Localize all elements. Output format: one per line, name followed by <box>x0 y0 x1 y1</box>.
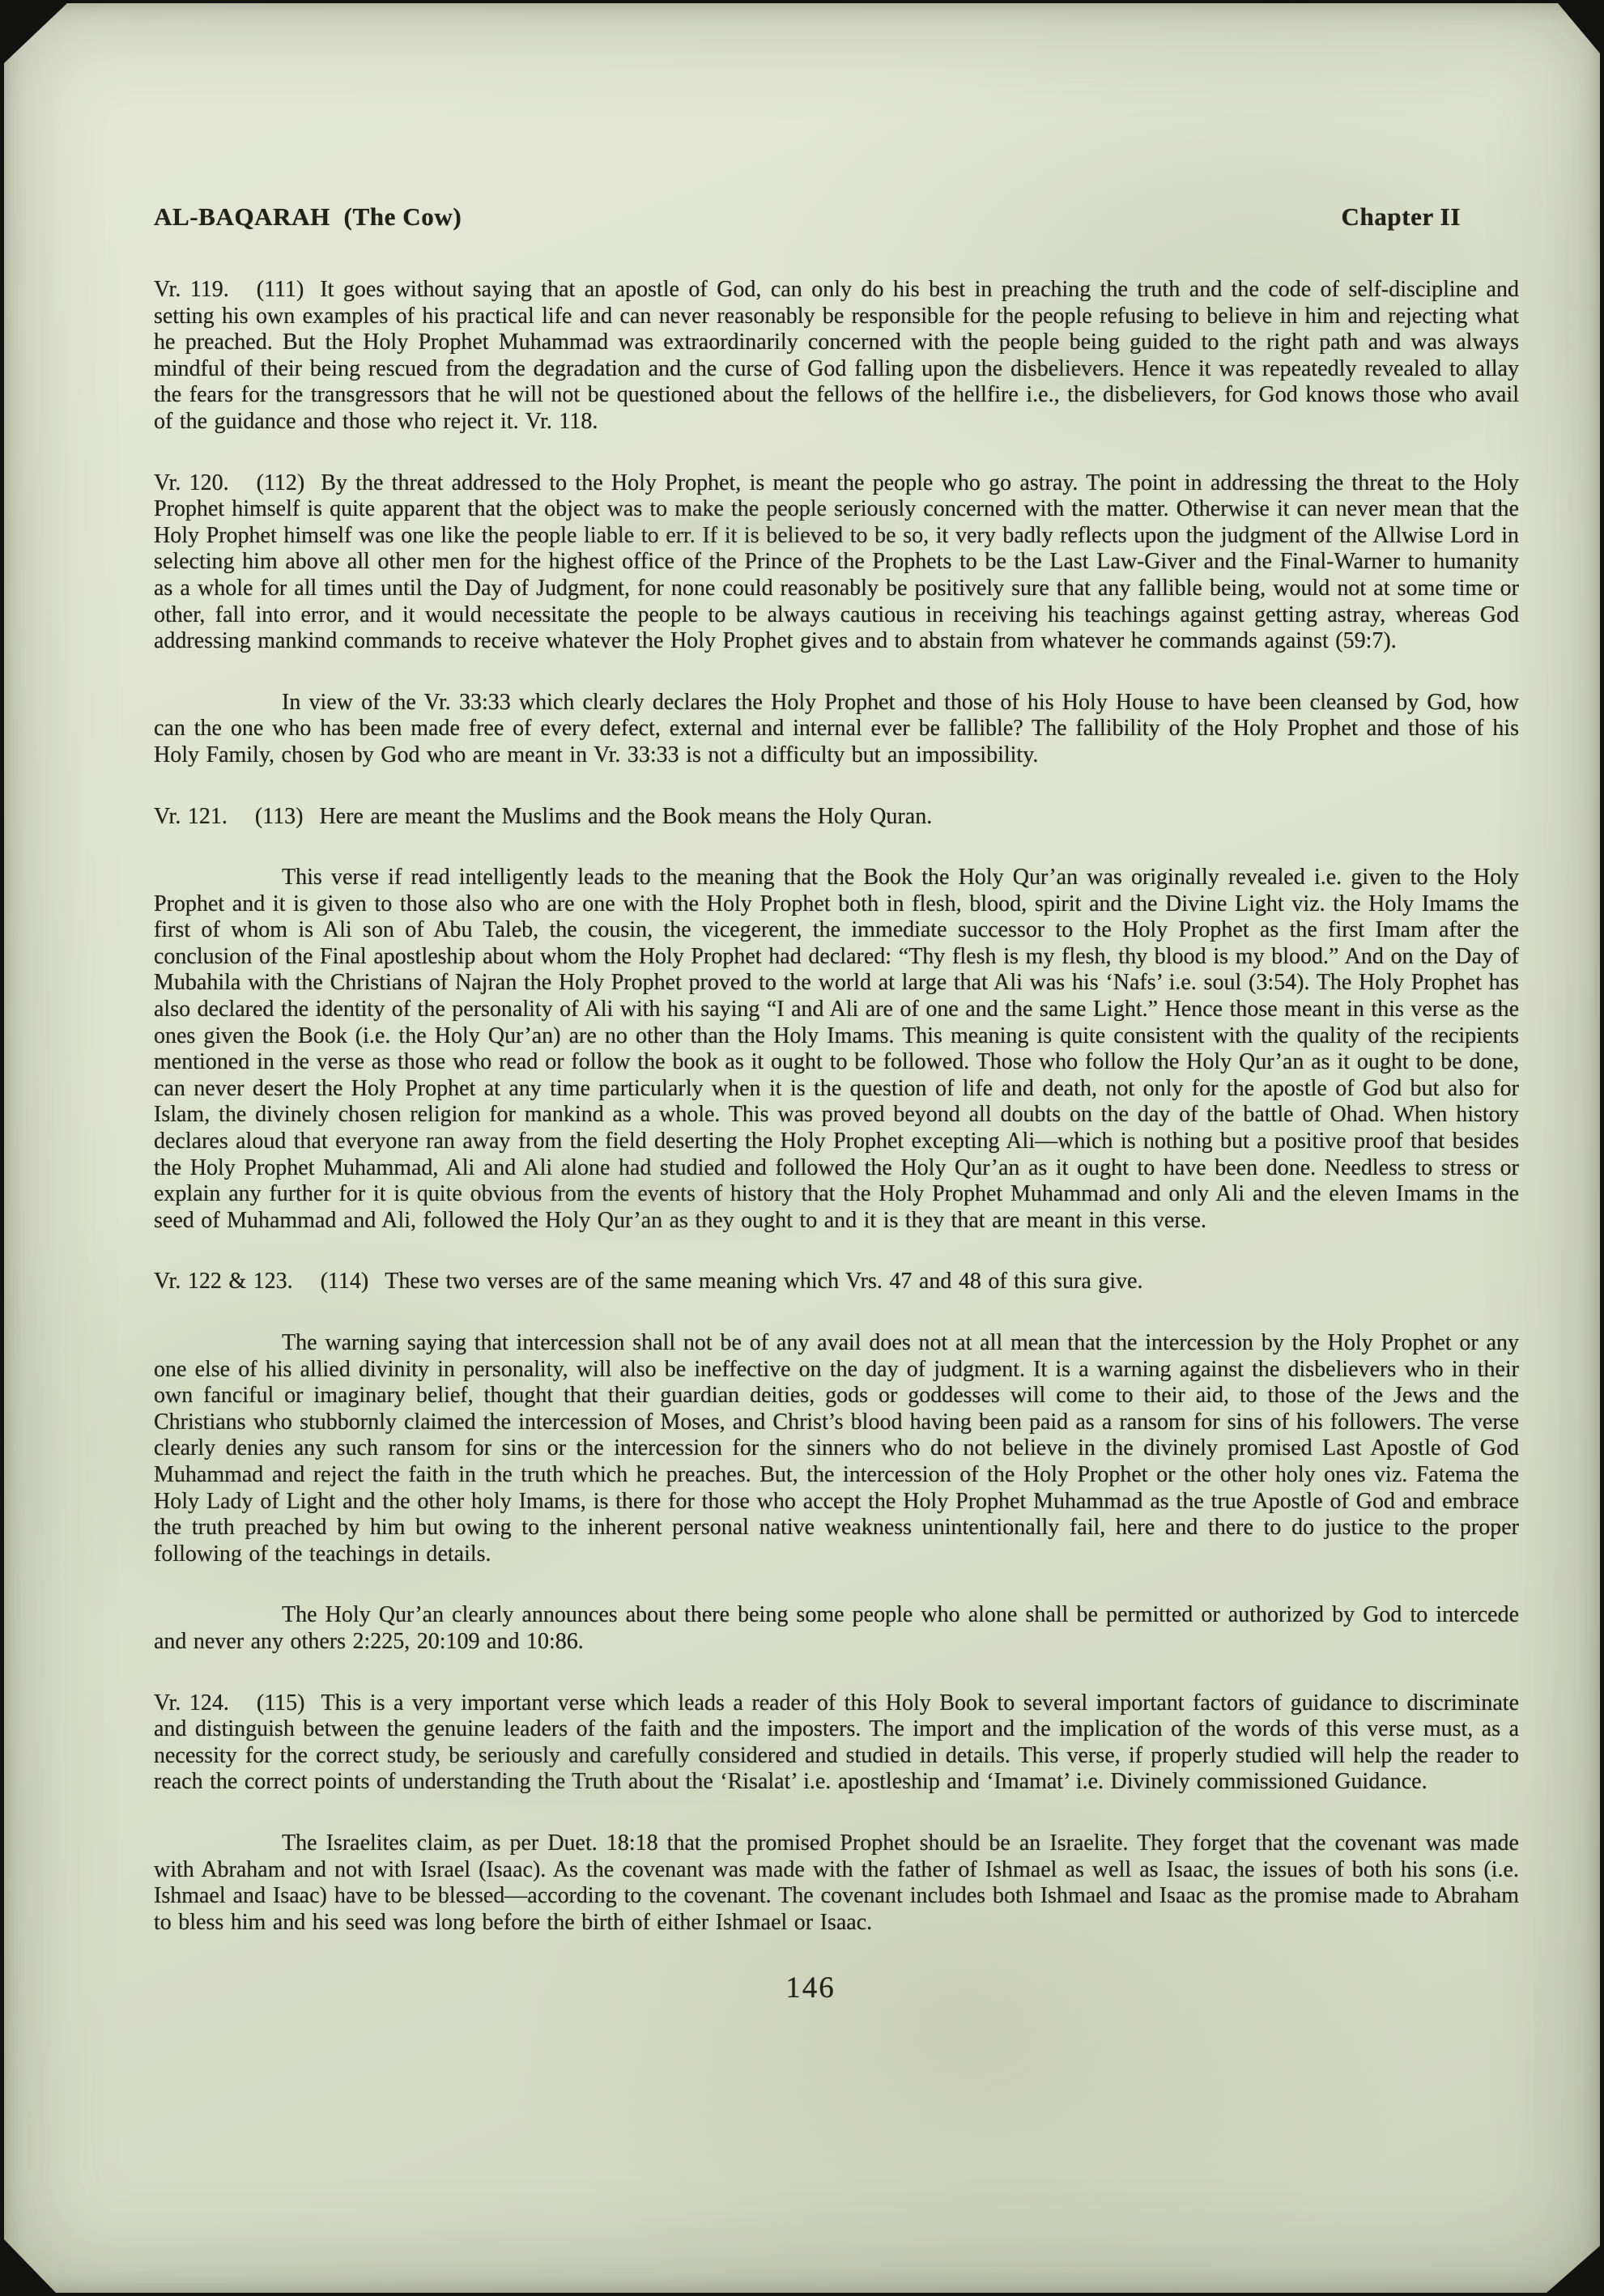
body-paragraph: The Israelites claim, as per Duet. 18:18… <box>154 1830 1519 1936</box>
page-body: Vr. 119.(111)It goes without saying that… <box>154 277 1519 1936</box>
paragraph-text: The Holy Qur’an clearly announces about … <box>154 1602 1519 1654</box>
verse-paragraph: Vr. 120.(112)By the threat addressed to … <box>154 470 1519 655</box>
page-header: AL-BAQARAH (The Cow) Chapter II <box>154 202 1461 232</box>
footnote-number: (113) <box>255 804 304 829</box>
footnote-number: (111) <box>257 277 304 302</box>
paragraph-text: This is a very important verse which lea… <box>154 1690 1519 1795</box>
footnote-number: (115) <box>257 1690 305 1716</box>
body-paragraph: The Holy Qur’an clearly announces about … <box>154 1602 1519 1655</box>
scanned-page-background: AL-BAQARAH (The Cow) Chapter II Vr. 119.… <box>0 0 1604 2296</box>
paragraph-text: It goes without saying that an apostle o… <box>154 277 1519 434</box>
verse-paragraph: Vr. 121.(113)Here are meant the Muslims … <box>154 804 1519 831</box>
page-number: 146 <box>102 1971 1519 2005</box>
paragraph-text: These two verses are of the same meaning… <box>385 1269 1142 1294</box>
verse-ref: Vr. 124. <box>154 1690 229 1716</box>
book-page: AL-BAQARAH (The Cow) Chapter II Vr. 119.… <box>4 3 1600 2293</box>
body-paragraph: This verse if read intelligently leads t… <box>154 865 1519 1234</box>
verse-ref: Vr. 121. <box>154 804 228 829</box>
paragraph-text: The warning saying that intercession sha… <box>154 1330 1519 1567</box>
paragraph-text: The Israelites claim, as per Duet. 18:18… <box>154 1830 1519 1935</box>
verse-ref: Vr. 120. <box>154 470 229 495</box>
verse-paragraph: Vr. 119.(111)It goes without saying that… <box>154 277 1519 436</box>
chapter-label: Chapter II <box>1341 202 1461 232</box>
body-paragraph: The warning saying that intercession sha… <box>154 1330 1519 1567</box>
verse-paragraph: Vr. 124.(115)This is a very important ve… <box>154 1690 1519 1796</box>
paragraph-text: This verse if read intelligently leads t… <box>154 865 1519 1233</box>
paragraph-text: By the threat addressed to the Holy Prop… <box>154 470 1519 654</box>
verse-ref: Vr. 119. <box>154 277 229 302</box>
paragraph-text: Here are meant the Muslims and the Book … <box>319 804 932 829</box>
body-paragraph: In view of the Vr. 33:33 which clearly d… <box>154 690 1519 769</box>
verse-ref: Vr. 122 & 123. <box>154 1269 293 1294</box>
verse-paragraph: Vr. 122 & 123.(114)These two verses are … <box>154 1269 1519 1295</box>
footnote-number: (112) <box>257 470 305 495</box>
footnote-number: (114) <box>321 1269 369 1294</box>
book-title: AL-BAQARAH (The Cow) <box>154 202 462 232</box>
paragraph-text: In view of the Vr. 33:33 which clearly d… <box>154 690 1519 767</box>
